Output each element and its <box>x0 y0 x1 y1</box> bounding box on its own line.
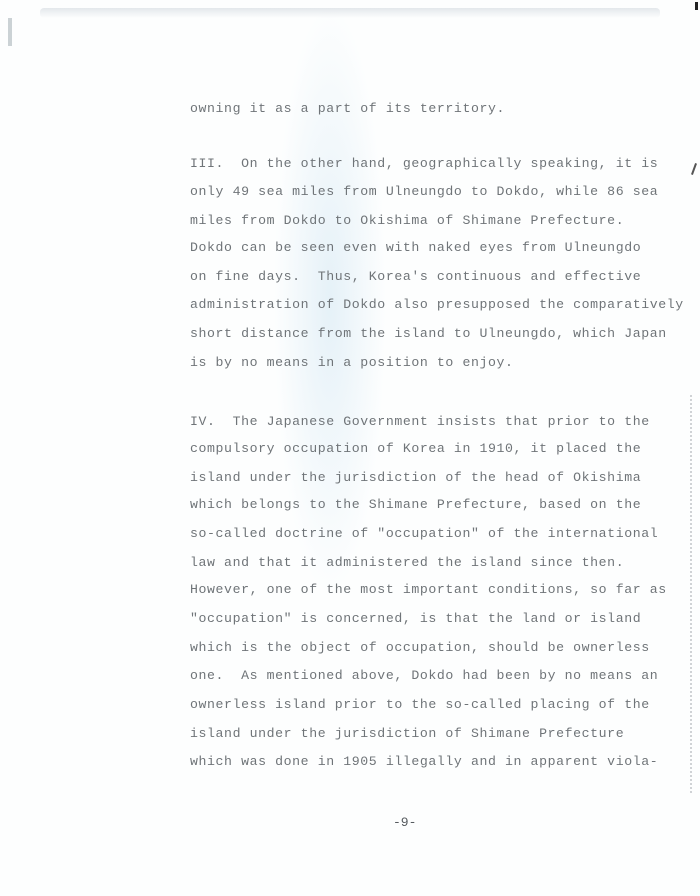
text-line: owning it as a part of its territory. <box>190 101 505 117</box>
text-line: miles from Dokdo to Okishima of Shimane … <box>190 213 624 229</box>
scan-left-edge <box>8 18 12 46</box>
text-line: island under the jurisdiction of Shimane… <box>190 726 624 742</box>
text-line: which was done in 1905 illegally and in … <box>190 754 658 770</box>
text-line: so-called doctrine of "occupation" of th… <box>190 526 658 542</box>
text-line: island under the jurisdiction of the hea… <box>190 470 641 486</box>
text-line: compulsory occupation of Korea in 1910, … <box>190 441 641 457</box>
margin-pen-mark <box>691 163 697 175</box>
text-line: Dokdo can be seen even with naked eyes f… <box>190 240 641 256</box>
text-line: ownerless island prior to the so-called … <box>190 697 650 713</box>
scan-corner-mark <box>695 2 698 10</box>
scan-top-shadow <box>40 8 660 18</box>
text-line: on fine days. Thus, Korea's continuous a… <box>190 269 641 285</box>
text-line: one. As mentioned above, Dokdo had been … <box>190 668 658 684</box>
paragraph-iv-heading-line: IV. The Japanese Government insists that… <box>190 414 650 430</box>
document-page: owning it as a part of its territory. II… <box>0 0 700 896</box>
scan-right-edge <box>690 395 692 795</box>
text-line: only 49 sea miles from Ulneungdo to Dokd… <box>190 184 658 200</box>
page-number: -9- <box>393 815 416 830</box>
text-line: short distance from the island to Ulneun… <box>190 326 667 342</box>
text-line: which belongs to the Shimane Prefecture,… <box>190 497 641 513</box>
text-line: administration of Dokdo also presupposed… <box>190 297 684 313</box>
text-line: is by no means in a position to enjoy. <box>190 355 514 371</box>
text-line: "occupation" is concerned, is that the l… <box>190 611 641 627</box>
text-line: However, one of the most important condi… <box>190 582 667 598</box>
text-line: which is the object of occupation, shoul… <box>190 640 650 656</box>
text-line: law and that it administered the island … <box>190 555 624 571</box>
paragraph-iii-heading-line: III. On the other hand, geographically s… <box>190 156 658 172</box>
